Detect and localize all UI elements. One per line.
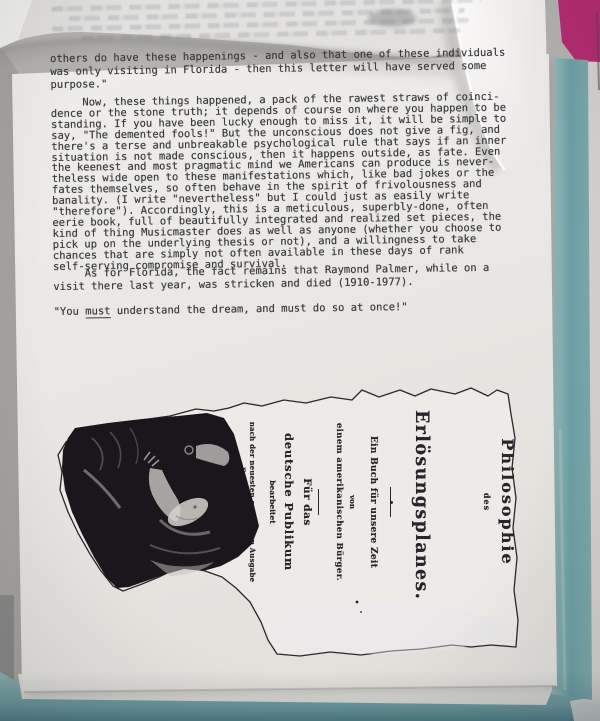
photo-of-typed-page: { "letter": { "para1_lines": [ "others d… bbox=[0, 0, 600, 721]
ghost-text-row bbox=[82, 28, 460, 41]
title-page-line: Philosophie bbox=[498, 402, 517, 602]
quote-underlined-word: must bbox=[85, 305, 110, 318]
title-page-line: von bbox=[348, 402, 357, 602]
ink-speck bbox=[360, 611, 362, 613]
letter-paragraph: Now, these things happened, a pack of th… bbox=[51, 91, 545, 272]
closing-quote: "You must understand the dream, and must… bbox=[54, 301, 408, 318]
title-page-line: Für das bbox=[301, 402, 313, 602]
quote-suffix: understand the dream, and must do so at … bbox=[110, 301, 407, 317]
letter-paragraph: As for Florida, the fact remains that Ra… bbox=[53, 261, 545, 294]
torn-page-tint bbox=[270, 602, 500, 654]
letter-paragraph: others do have these happenings - and al… bbox=[50, 46, 543, 92]
title-page-line: des bbox=[482, 402, 492, 602]
title-page-line: Erlösungsplanes. bbox=[411, 410, 433, 594]
title-page-line: Fragen über jede bbox=[238, 402, 247, 602]
german-title-page-text: PhilosophiedesErlösungsplanes.Ein Buch f… bbox=[227, 402, 517, 602]
title-page-line: nach der neuesten englischen Ausgabe bbox=[248, 402, 257, 602]
quote-prefix: "You bbox=[54, 306, 86, 318]
title-page-line: einem amerikanischen Bürger. bbox=[334, 402, 344, 602]
title-page-line: deutsche Publikum bbox=[282, 402, 296, 602]
title-page-line bbox=[390, 487, 391, 517]
letter-text: others do have these happenings - and al… bbox=[50, 43, 546, 340]
title-page-line: bearbeitet bbox=[268, 402, 277, 602]
title-page-line bbox=[318, 489, 319, 515]
title-page-line: Ein Buch für unsere Zeit bbox=[368, 402, 378, 602]
